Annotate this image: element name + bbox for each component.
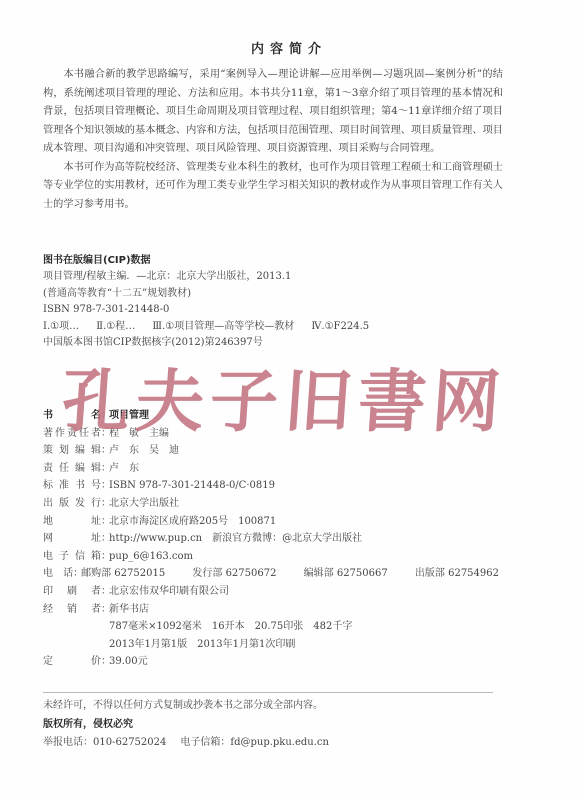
report-phone: 举报电话：010-62752024 (43, 737, 166, 748)
info-value: 2013年1月第1版 2013年1月第1次印刷 (109, 636, 295, 654)
report-contact: 举报电话：010-62752024电子信箱：fd@pup.pku.edu.cn (43, 734, 523, 753)
info-row-email: 电子信箱： pup_6@163.com (43, 548, 523, 566)
info-value: 787毫米×1092毫米 16开本 20.75印张 482千字 (109, 618, 352, 636)
phone-number: 发行部 62750672 (192, 568, 276, 579)
info-value: 卢 东 (109, 460, 139, 478)
info-value: 北京市海淀区成府路205号 100871 (109, 513, 276, 531)
info-label: 责任编辑 (43, 460, 101, 478)
info-row-standard-number: 标准书号： ISBN 978-7-301-21448-0/C·0819 (43, 477, 523, 495)
rights-reserved: 版权所有，侵权必究 (43, 716, 523, 735)
info-value: pup_6@163.com (109, 548, 193, 566)
info-label: 网址 (43, 530, 101, 548)
copyright-footer: 未经许可，不得以任何方式复制或抄袭本书之部分或全部内容。 版权所有，侵权必究 举… (43, 697, 523, 753)
info-row-address: 地址： 北京市海淀区成府路205号 100871 (43, 513, 523, 531)
phone-number: 编辑部 62750667 (304, 568, 388, 579)
info-value: ISBN 978-7-301-21448-0/C·0819 (109, 477, 275, 495)
info-row-planning-editor: 策划编辑： 卢 东 吴 迪 (43, 442, 523, 460)
cip-classification: Ⅰ.①项… Ⅱ.①程… Ⅲ.①项目管理—高等学校—教材 Ⅳ.①F224.5 (43, 319, 503, 336)
publication-info: 书名： 项目管理 著作责任者： 程 敏 主编 策划编辑： 卢 东 吴 迪 责任编… (43, 407, 523, 671)
info-value: http://www.pup.cn 新浪官方微博：@北京大学出版社 (109, 530, 362, 548)
info-row-website: 网址： http://www.pup.cn 新浪官方微博：@北京大学出版社 (43, 530, 523, 548)
info-row-price: 定价： 39.00元 (43, 653, 523, 671)
info-row-author: 著作责任者： 程 敏 主编 (43, 425, 523, 443)
cip-series-line: (普通高等教育“十二五”规划教材) (43, 286, 503, 303)
summary-paragraph: 本书融合新的教学思路编写，采用“案例导入—理论讲解—应用举例—习题巩固—案例分析… (43, 66, 503, 159)
reproduction-notice: 未经许可，不得以任何方式复制或抄袭本书之部分或全部内容。 (43, 697, 523, 716)
info-row-publisher: 出版发行： 北京大学出版社 (43, 495, 523, 513)
info-row-format: 787毫米×1092毫米 16开本 20.75印张 482千字 (43, 618, 523, 636)
divider-line (43, 692, 493, 693)
info-value: 项目管理 (109, 407, 149, 425)
info-value: 程 敏 主编 (109, 425, 169, 443)
cip-class-item: Ⅳ.①F224.5 (311, 321, 369, 332)
info-row-distributor: 经销者： 新华书店 (43, 601, 523, 619)
cip-class-item: Ⅰ.①项… (43, 321, 79, 332)
info-value: 北京大学出版社 (109, 495, 179, 513)
info-row-phone: 电话： 邮购部 62752015 发行部 62750672 编辑部 627506… (43, 565, 523, 583)
summary-paragraph: 本书可作为高等院校经济、管理类专业本科生的教材，也可作为项目管理工程硕士和工商管… (43, 159, 503, 215)
info-label: 地址 (43, 513, 101, 531)
info-label: 印刷者 (43, 583, 101, 601)
info-row-responsible-editor: 责任编辑： 卢 东 (43, 460, 523, 478)
info-row-printer: 印刷者： 北京宏伟双华印刷有限公司 (43, 583, 523, 601)
info-label: 标准书号 (43, 477, 101, 495)
info-label: 策划编辑 (43, 442, 101, 460)
info-row-edition: 2013年1月第1版 2013年1月第1次印刷 (43, 636, 523, 654)
info-label: 书名 (43, 407, 101, 425)
cip-data-block: 图书在版编目(CIP)数据 项目管理/程敏主编．—北京：北京大学出版社，2013… (43, 252, 503, 352)
section-title: 内容简介 (0, 38, 578, 57)
info-label: 出版发行 (43, 495, 101, 513)
info-label: 定价 (43, 653, 101, 671)
cip-heading: 图书在版编目(CIP)数据 (43, 252, 503, 269)
copyright-page: 内容简介 本书融合新的教学思路编写，采用“案例导入—理论讲解—应用举例—习题巩固… (0, 0, 578, 800)
phone-number: 邮购部 62752015 (81, 568, 165, 579)
content-summary: 本书融合新的教学思路编写，采用“案例导入—理论讲解—应用举例—习题巩固—案例分析… (43, 66, 503, 214)
info-label: 著作责任者 (43, 425, 101, 443)
cip-record-number: 中国版本图书馆CIP数据核字(2012)第246397号 (43, 335, 503, 352)
cip-title-line: 项目管理/程敏主编．—北京：北京大学出版社，2013.1 (43, 269, 503, 286)
info-label: 电话 (43, 565, 73, 583)
info-label: 电子信箱 (43, 548, 101, 566)
info-value: 北京宏伟双华印刷有限公司 (109, 583, 229, 601)
info-value: 新华书店 (109, 601, 149, 619)
cip-isbn: ISBN 978-7-301-21448-0 (43, 302, 503, 319)
cip-class-item: Ⅱ.①程… (96, 321, 135, 332)
info-value: 邮购部 62752015 发行部 62750672 编辑部 62750667 出… (81, 565, 523, 583)
info-row-book-name: 书名： 项目管理 (43, 407, 523, 425)
info-value: 39.00元 (109, 653, 148, 671)
cip-class-item: Ⅲ.①项目管理—高等学校—教材 (152, 321, 294, 332)
report-email: 电子信箱：fd@pup.pku.edu.cn (180, 737, 329, 748)
info-label: 经销者 (43, 601, 101, 619)
phone-number: 出版部 62754962 (415, 568, 499, 579)
info-value: 卢 东 吴 迪 (109, 442, 179, 460)
